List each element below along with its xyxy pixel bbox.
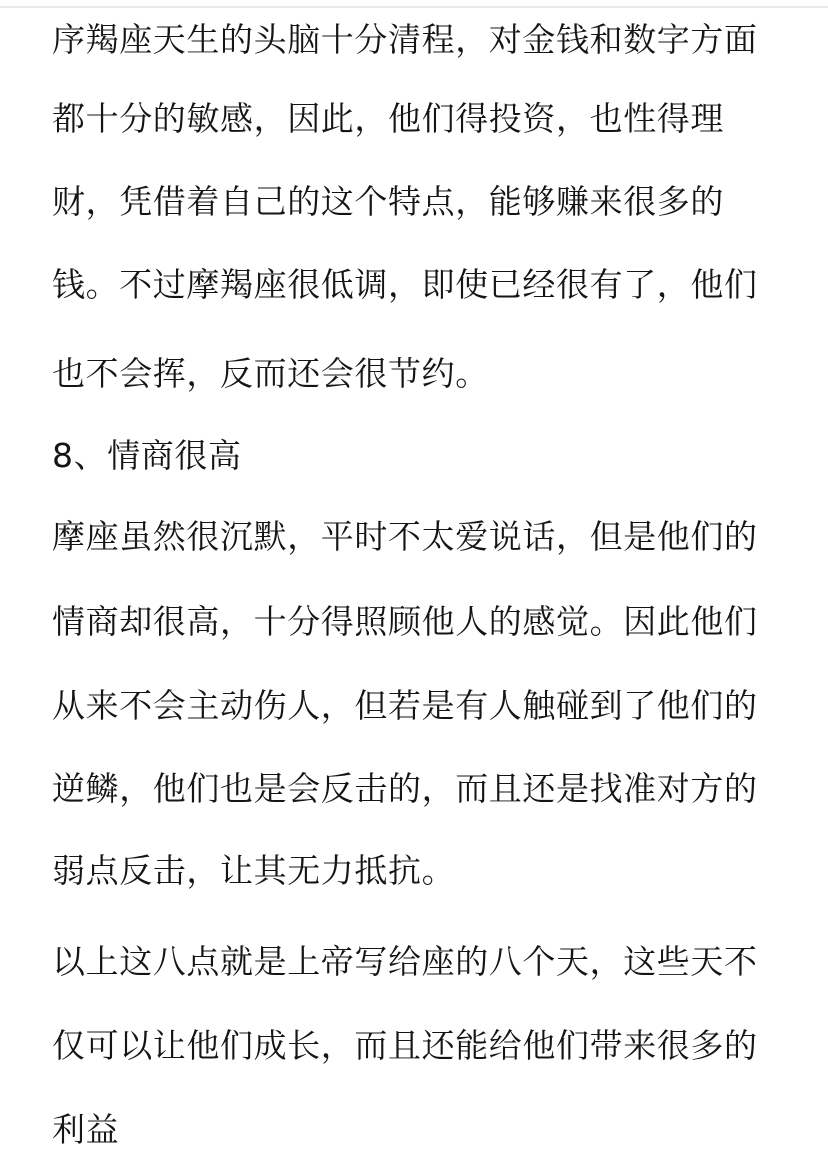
paragraph-line: 情商却很高，十分得照顾他人的感觉。因此他们 [52,602,758,642]
paragraph-line: 逆鳞，他们也是会反击的，而且还是找准对方的 [52,769,758,809]
paragraph-line: 序羯座天生的头脑十分清程，对金钱和数字方面 [52,20,758,60]
paragraph-line: 利益 [52,1110,119,1150]
paragraph-line: 摩座虽然很沉默，平时不太爱说话，但是他们的 [52,517,758,557]
paragraph-line: 弱点反击，让其无力抵抗。 [52,851,455,891]
section-heading: 8、情商很高 [52,436,242,476]
paragraph-line: 钱。不过摩羯座很低调，即使已经很有了，他们 [52,265,758,305]
paragraph-line: 财，凭借着自己的这个特点，能够赚来很多的 [52,182,724,222]
paragraph-line: 也不会挥，反而还会很节约。 [52,354,489,394]
paragraph-line: 从来不会主动伤人，但若是有人触碰到了他们的 [52,686,758,726]
paragraph-line: 都十分的敏感，因此，他们得投资，也性得理 [52,99,724,139]
article-body: 序羯座天生的头脑十分清程，对金钱和数字方面 都十分的敏感，因此，他们得投资，也性… [0,0,828,1152]
paragraph-line: 仅可以让他们成长，而且还能给他们带来很多的 [52,1026,758,1066]
paragraph-line: 以上这八点就是上帝写给座的八个天，这些天不 [52,942,758,982]
